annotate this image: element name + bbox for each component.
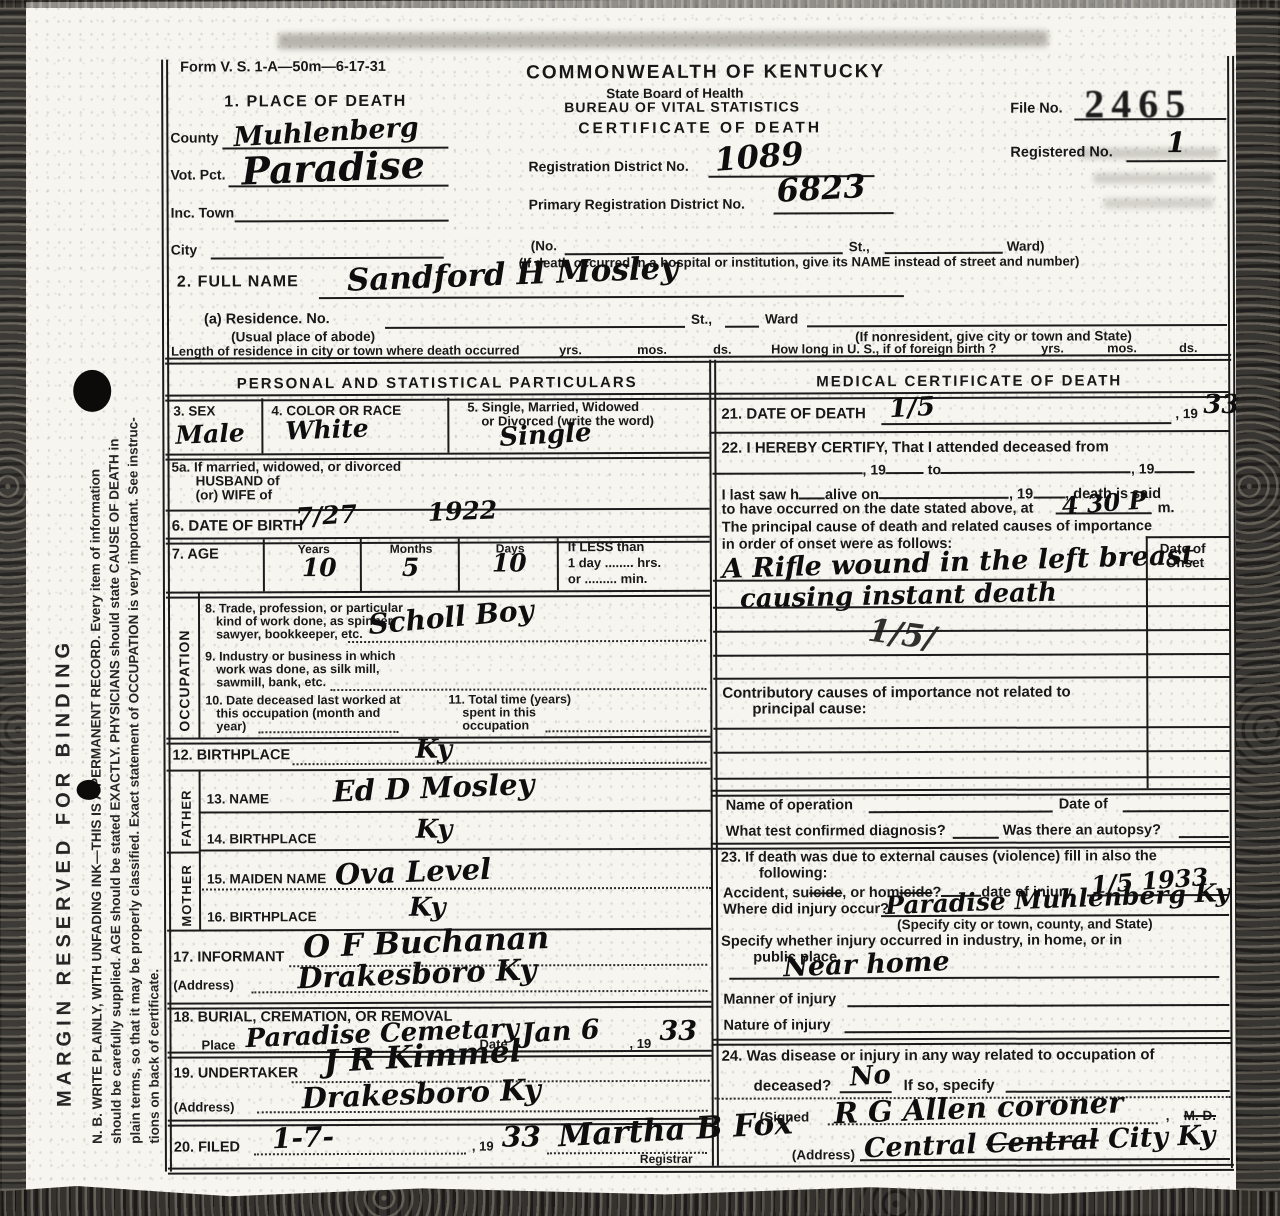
registrar-label: Registrar (640, 1152, 693, 1166)
undertaker-label: 19. UNDERTAKER (174, 1065, 299, 1081)
test-label: What test confirmed diagnosis? (726, 823, 946, 840)
ink-blob (77, 780, 101, 800)
maiden-name-value: Ova Level (334, 852, 491, 892)
registered-no-label: Registered No. (1010, 144, 1112, 160)
father-name-label: 13. NAME (207, 791, 269, 806)
filed-year-value: 33 (502, 1120, 541, 1153)
filed-label: 20. FILED (174, 1139, 240, 1155)
ward-label: Ward) (1007, 239, 1045, 254)
margin-line-4: tions on back of certificate. (142, 417, 164, 1144)
primary-district-label: Primary Registration District No. (529, 196, 745, 213)
dob-year-value: 1922 (427, 495, 498, 527)
date-of-death-value: 1/5 (889, 392, 936, 425)
inc-town-label: Inc. Town (171, 204, 235, 220)
address-part-2: City Ky (1108, 1120, 1216, 1155)
bleedthrough-mark (1104, 198, 1214, 208)
time-value: 4 30 P (1061, 485, 1148, 520)
external-causes-text-1: 23. If death was due to external causes … (721, 848, 1157, 866)
dob-label: 6. DATE OF BIRTH (172, 517, 303, 534)
length-mos-label: mos. (637, 342, 667, 357)
sex-label: 3. SEX (173, 403, 215, 418)
external-causes-text-2: following: (759, 865, 828, 881)
margin-line-2: should be carefully supplied. AGE should… (104, 417, 126, 1144)
item11-line3: occupation (462, 718, 529, 732)
form-bottom-border (168, 1164, 1234, 1175)
place-of-death-title: 1. PLACE OF DEATH (224, 93, 407, 112)
birthplace-value: Ky (415, 735, 452, 765)
informant-address-leader (251, 990, 707, 994)
age-less-line1: If LESS than (568, 539, 645, 554)
item10-line3: year) (216, 719, 246, 733)
dod-year-value: 33 (1203, 390, 1239, 420)
form-number: Form V. S. 1-A—50m—6-17-31 (180, 59, 386, 76)
onset-box-top (1146, 536, 1230, 538)
age-divider-4 (557, 538, 559, 590)
item9-line3: sawmill, bank, etc. (216, 675, 326, 689)
primary-district-value: 6823 (776, 167, 867, 210)
date-of-death-line (881, 422, 1171, 425)
scan-edge-right (1236, 0, 1280, 1216)
signed-address-line (860, 1158, 1230, 1161)
operation-label: Name of operation (726, 797, 853, 813)
informant-label: 17. INFORMANT (173, 949, 284, 965)
residence-st-line (725, 326, 759, 328)
certify-to: to (928, 461, 941, 477)
margin-binding-note: MARGIN RESERVED FOR BINDING (52, 638, 77, 1107)
bleedthrough-mark (1093, 173, 1213, 183)
precinct-value: Paradise (241, 142, 426, 194)
age-months-value: 5 (402, 553, 420, 582)
burial-19-label: , 19 (629, 1036, 651, 1051)
length-yrs-label: yrs. (559, 342, 582, 357)
residence-ward-line (807, 324, 1227, 327)
q24-deceased-label: deceased? (754, 1077, 832, 1094)
contributory-bottom-rule (711, 788, 1231, 797)
filed-date-value: 1-7- (271, 1120, 334, 1155)
registration-district-label: Registration District No. (528, 158, 688, 175)
length-residence-label: Length of residence in city or town wher… (171, 342, 519, 358)
file-no-label: File No. (1010, 101, 1062, 117)
maiden-name-label: 15. MAIDEN NAME (207, 871, 326, 886)
birthplace-label: 12. BIRTHPLACE (172, 747, 290, 763)
dod-row-rule (709, 430, 1229, 434)
certify-year-b-blank (1154, 458, 1194, 473)
item11-leader (545, 730, 706, 733)
signed-address-label: (Address) (792, 1147, 855, 1162)
age-divider-2 (360, 539, 362, 591)
registered-no-line (1126, 160, 1226, 162)
certify-19b: , 19 (1131, 461, 1154, 477)
street-label: St., (849, 239, 870, 254)
undertaker-address-label: (Address) (174, 1099, 235, 1114)
age-divider-1 (263, 539, 265, 591)
address-struck-word: Central (985, 1124, 1099, 1159)
bleedthrough-stamp (278, 31, 1048, 50)
item10-line2: this occupation (month and (216, 706, 380, 721)
father-name-rule (199, 810, 711, 814)
autopsy-label: Was there an autopsy? (1003, 822, 1161, 839)
medical-title-rule (709, 391, 1229, 400)
item8-leader (348, 640, 706, 643)
residence-st-label: St., (691, 312, 712, 327)
q24-blank-1 (840, 1091, 892, 1093)
certify-to-blank (941, 458, 1131, 474)
q24-text: 24. Was disease or injury in any way rel… (722, 1046, 1155, 1065)
age-label: 7. AGE (172, 546, 219, 562)
age-less-line3: or ......... min. (568, 571, 648, 586)
city-line (211, 257, 444, 260)
contributory-rule-3 (714, 776, 1231, 780)
medical-section-title: MEDICAL CERTIFICATE OF DEATH (709, 372, 1229, 391)
inc-town-line (235, 220, 449, 223)
us-ds-label: ds. (1179, 340, 1198, 355)
contributory-text-2: principal cause: (752, 700, 866, 717)
father-birthplace-value: Ky (416, 815, 453, 845)
commonwealth-title: COMMONWEALTH OF KENTUCKY (526, 61, 885, 84)
item5a-line2: HUSBAND of (196, 473, 280, 488)
race-marital-divider (447, 398, 449, 453)
registered-no-value: 1 (1166, 126, 1186, 159)
primary-district-line (774, 212, 894, 214)
mother-birthplace-value: Ky (409, 893, 446, 923)
mother-side-label: MOTHER (179, 864, 194, 926)
age-rule (166, 590, 710, 599)
sex-value: Male (175, 418, 245, 450)
contributory-rule-2 (714, 750, 1231, 754)
residence-line (385, 326, 685, 329)
certify-from-blank (712, 459, 862, 475)
test-blank (953, 837, 999, 839)
us-yrs-label: yrs. (1041, 341, 1064, 356)
last-saw-blank-2 (879, 483, 1009, 499)
item9-leader (330, 688, 706, 691)
scanned-death-certificate: MARGIN RESERVED FOR BINDING N. B. WRITE … (0, 0, 1280, 1216)
occurred-text: to have occurred on the date stated abov… (722, 501, 1034, 518)
father-birthplace-rule (199, 848, 711, 852)
certify-blanks-row: , 19 to, 19 (712, 458, 1194, 478)
father-name-value: Ed D Mosley (332, 767, 535, 809)
mother-birthplace-label: 16. BIRTHPLACE (207, 909, 317, 924)
how-long-us-label: How long in U. S., if of foreign birth ? (771, 341, 996, 357)
nature-of-injury-label: Nature of injury (723, 1017, 830, 1033)
cause-rule-4 (713, 653, 1230, 657)
item8-line3: sawyer, bookkeeper, etc. (216, 627, 363, 642)
residence-label: (a) Residence. No. (204, 311, 330, 327)
certify-year-a-blank (886, 459, 924, 474)
father-birthplace-label: 14. BIRTHPLACE (207, 831, 317, 846)
time-m-label: m. (1158, 500, 1175, 516)
file-no-stamp: 2465 (1084, 80, 1192, 127)
precinct-label: Vot. Pct. (170, 166, 225, 182)
cause-of-death-line-2: causing instant death (740, 578, 1058, 615)
item5a-line1: 5a. If married, widowed, or divorced (171, 459, 401, 475)
sex-race-divider (261, 398, 263, 453)
burial-year-value: 33 (659, 1016, 697, 1047)
occupation-side-label: OCCUPATION (176, 630, 192, 732)
city-label: City (171, 242, 198, 258)
item10-leader (258, 731, 398, 733)
ink-blob (73, 370, 111, 412)
accident-label-a: Accident, su (723, 885, 809, 901)
margin-instructions: N. B. WRITE PLAINLY, WITH UNFADING INK—T… (85, 417, 164, 1144)
operation-date-blank (1123, 810, 1229, 812)
father-side-label: FATHER (179, 790, 194, 847)
injury-section-rule (712, 1037, 1232, 1046)
cause-rule-3 (713, 629, 1230, 633)
last-saw-blank-1 (799, 483, 825, 499)
dod-19-label: , 19 (1175, 406, 1198, 421)
residence-ward-label: Ward (765, 311, 798, 326)
margin-line-3: plain terms, so that it may be properly … (123, 417, 145, 1144)
street-no-label: (No. (531, 238, 557, 253)
birthplace-leader (293, 762, 707, 765)
autopsy-blank (1179, 836, 1229, 838)
registrar-signature: Martha B Fox (557, 1105, 794, 1154)
dob-value: 7/27 (295, 499, 358, 531)
operation-blank (869, 811, 1053, 814)
length-ds-label: ds. (713, 342, 732, 357)
certify-19a: , 19 (862, 461, 885, 477)
injury-place-line (729, 976, 1219, 980)
us-mos-label: mos. (1107, 340, 1137, 355)
scan-edge-top (0, 0, 1280, 8)
paper-sheet: MARGIN RESERVED FOR BINDING N. B. WRITE … (0, 0, 1280, 1216)
contributory-rule-1 (713, 726, 1230, 730)
suicide-struck: icide (809, 885, 842, 901)
race-value: White (285, 414, 369, 446)
where-injury-label: Where did injury occur? (723, 901, 889, 918)
bureau-subtitle: BUREAU OF VITAL STATISTICS (564, 98, 800, 115)
father-mother-tick (167, 852, 199, 854)
age-years-value: 10 (302, 553, 337, 582)
age-days-value: 10 (492, 548, 527, 577)
date-of-death-label: 21. DATE OF DEATH (721, 405, 866, 423)
certify-text: 22. I HEREBY CERTIFY, That I attended de… (721, 438, 1108, 456)
full-name-label: 2. FULL NAME (177, 273, 299, 291)
signed-label: (Signed (760, 1109, 810, 1124)
manner-of-injury-blank (847, 1004, 1229, 1007)
marital-value: Single (499, 418, 593, 453)
operation-date-label: Date of (1059, 796, 1108, 812)
filed-19-label: , 19 (472, 1139, 494, 1154)
informant-address-label: (Address) (173, 977, 234, 992)
principal-cause-text-1: The principal cause of death and related… (722, 518, 1152, 536)
occupation-side-divider (198, 592, 201, 738)
cause-rule-5 (713, 676, 1230, 680)
age-less-line2: 1 day ........ hrs. (568, 555, 661, 570)
age-divider-3 (458, 539, 460, 591)
burial-place-label: Place (201, 1037, 235, 1052)
nature-of-injury-blank (844, 1030, 1229, 1033)
county-label: County (170, 129, 218, 145)
specify-city-note: (Specify city or town, county, and State… (897, 916, 1153, 932)
personal-section-title: PERSONAL AND STATISTICAL PARTICULARS (165, 374, 709, 393)
item5a-line3: (or) WIFE of (196, 487, 273, 502)
burial-date-value: Jan 6 (521, 1014, 601, 1049)
maiden-name-leader (199, 887, 711, 891)
contributory-text-1: Contributory causes of importance not re… (722, 683, 1070, 701)
q24-answer: No (849, 1060, 892, 1093)
manner-of-injury-label: Manner of injury (723, 991, 836, 1007)
cause-scribble: 1/5/ (866, 611, 938, 658)
scan-edge-left (0, 0, 26, 1216)
